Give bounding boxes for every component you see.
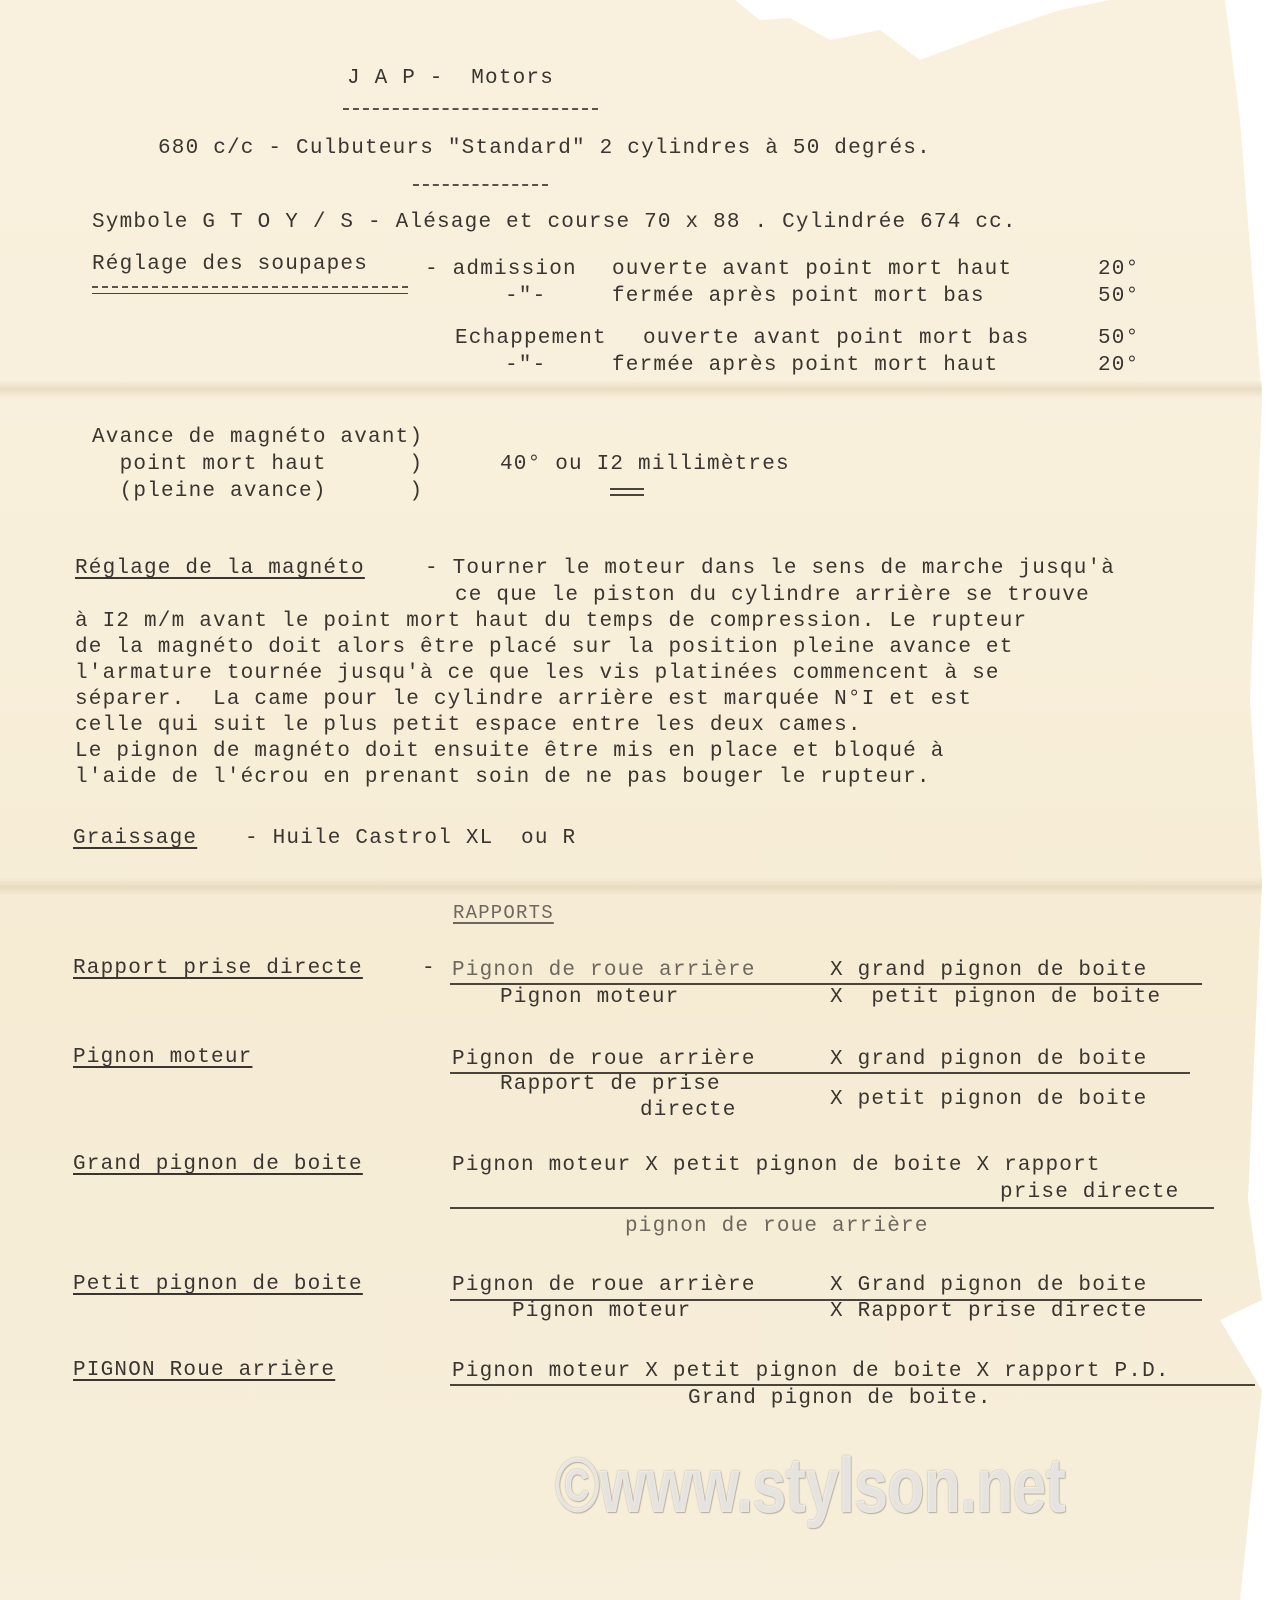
ratio-label: PIGNON Roue arrière — [73, 1358, 335, 1384]
ratio-numerator: Pignon moteur X petit pignon de boite X … — [452, 1359, 1170, 1385]
ratio-label: Pignon moteur — [73, 1045, 252, 1071]
ratio-numerator: prise directe — [1000, 1180, 1179, 1206]
ratio-denominator: pignon de roue arrière — [625, 1214, 929, 1240]
valve-row-text: fermée après point mort bas — [612, 284, 985, 310]
valves-underline — [92, 286, 408, 288]
valve-row-value: 50° — [1098, 284, 1139, 310]
valve-row-text: ouverte avant point mort haut — [612, 257, 1012, 283]
title-divider — [343, 108, 598, 110]
ratio-label: Petit pignon de boite — [73, 1272, 363, 1298]
advance-line: point mort haut ) — [92, 452, 423, 478]
fraction-bar — [450, 1207, 1214, 1209]
valve-row-text: fermée après point mort haut — [612, 353, 998, 379]
magneto-first-line: - Tourner le moteur dans le sens de marc… — [425, 556, 1115, 582]
valve-row-value: 20° — [1098, 257, 1139, 283]
ratio-denominator: Rapport de prise — [500, 1072, 721, 1098]
ratio-label: Grand pignon de boite — [73, 1152, 363, 1178]
document-subtitle: 680 c/c - Culbuteurs "Standard" 2 cylind… — [158, 136, 931, 162]
fold-crease — [0, 878, 1262, 896]
advance-value: 40° ou I2 millimètres — [500, 452, 790, 478]
watermark: ©www.stylson.net — [555, 1440, 1065, 1531]
fold-crease — [0, 380, 1262, 398]
ratio-numerator: Pignon de roue arrière — [452, 1047, 756, 1073]
advance-line: (pleine avance) ) — [92, 479, 423, 505]
magneto-label: Réglage de la magnéto — [75, 556, 365, 582]
valve-row-prefix: -"- — [505, 284, 546, 310]
advance-line: Avance de magnéto avant) — [92, 425, 423, 451]
valve-row-prefix: -"- — [505, 353, 546, 379]
double-underline — [610, 494, 644, 496]
document-title: J A P - Motors — [347, 66, 554, 92]
magneto-line: l'aide de l'écrou en prenant soin de ne … — [75, 765, 931, 791]
magneto-line: l'armature tournée jusqu'à ce que les vi… — [75, 661, 1000, 687]
magneto-line: séparer. La came pour le cylindre arrièr… — [75, 687, 972, 713]
ratio-label: Rapport prise directe — [73, 956, 363, 982]
ratio-numerator: Pignon de roue arrière — [452, 958, 756, 984]
ratio-denominator: Pignon moteur — [512, 1299, 691, 1325]
ratio-numerator: Pignon moteur X petit pignon de boite X … — [452, 1153, 1101, 1179]
ratio-denominator: X petit pignon de boite — [830, 985, 1161, 1011]
ratio-dash: - — [422, 956, 436, 982]
ratio-denominator: Pignon moteur — [500, 985, 679, 1011]
double-underline — [610, 488, 644, 490]
lubrication-label: Graissage — [73, 826, 197, 852]
ratios-heading: RAPPORTS — [453, 900, 554, 926]
subtitle-divider — [413, 184, 548, 186]
valve-row-value: 20° — [1098, 353, 1139, 379]
spec-line: Symbole G T O Y / S - Alésage et course … — [92, 210, 1017, 236]
ratio-denominator: X petit pignon de boite — [830, 1087, 1147, 1113]
valve-row-prefix: - admission — [425, 257, 577, 283]
ratio-denominator: directe — [640, 1098, 737, 1124]
valves-underline — [92, 293, 408, 294]
ratio-denominator: X Rapport prise directe — [830, 1299, 1147, 1325]
ratio-denominator: Grand pignon de boite. — [688, 1386, 992, 1412]
magneto-line: celle qui suit le plus petit espace entr… — [75, 713, 862, 739]
ratio-numerator: X grand pignon de boite — [830, 958, 1147, 984]
magneto-line: de la magnéto doit alors être placé sur … — [75, 635, 1014, 661]
ratio-numerator: Pignon de roue arrière — [452, 1273, 756, 1299]
valves-label: Réglage des soupapes — [92, 252, 368, 278]
valve-row-text: ouverte avant point mort bas — [643, 326, 1029, 352]
ratio-numerator: X Grand pignon de boite — [830, 1273, 1147, 1299]
lubrication-text: - Huile Castrol XL ou R — [245, 826, 576, 852]
valve-row-value: 50° — [1098, 326, 1139, 352]
valve-row-prefix: Echappement — [455, 326, 607, 352]
magneto-line: ce que le piston du cylindre arrière se … — [455, 583, 1090, 609]
magneto-line: Le pignon de magnéto doit ensuite être m… — [75, 739, 945, 765]
ratio-numerator: X grand pignon de boite — [830, 1047, 1147, 1073]
magneto-line: à I2 m/m avant le point mort haut du tem… — [75, 609, 1027, 635]
